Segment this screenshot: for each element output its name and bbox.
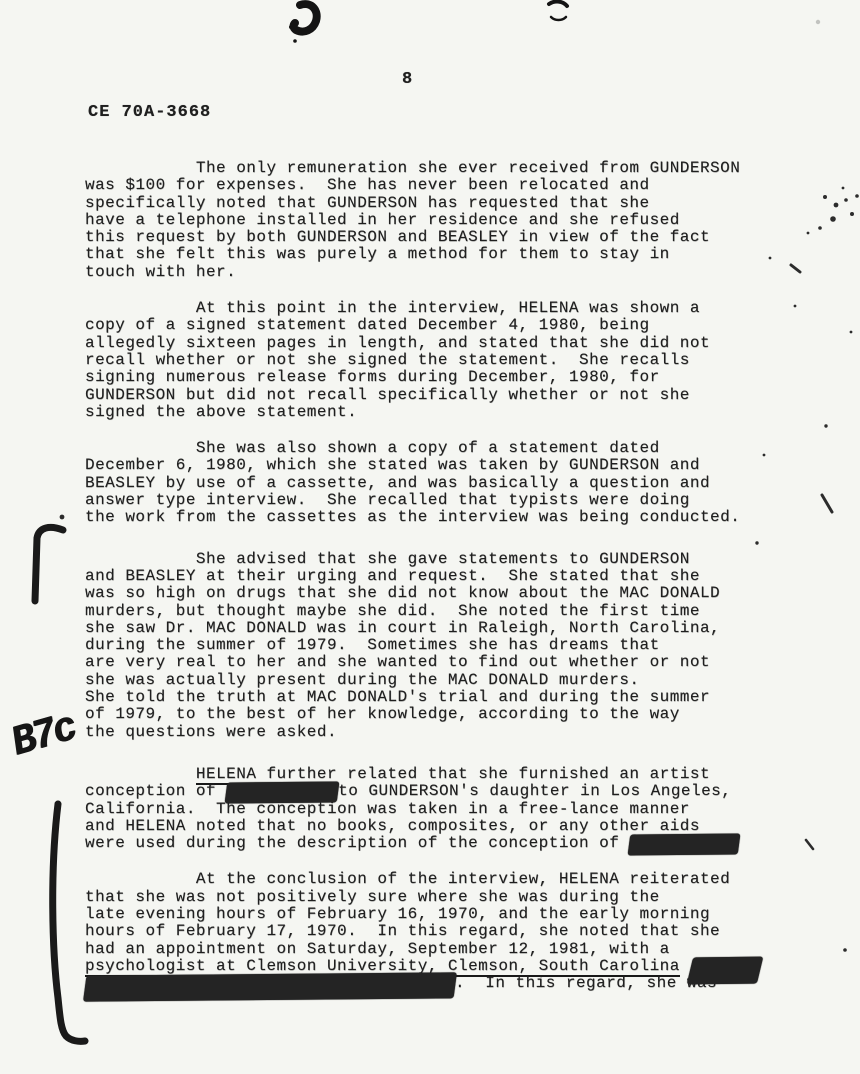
typed-text: and HELENA noted that no books, composit… (85, 817, 700, 835)
typed-text: allegedly sixteen pages in length, and s… (85, 334, 710, 352)
text-line: touch with her. (85, 264, 815, 281)
typed-text: to GUNDERSON's daughter in Los Angeles, (338, 782, 731, 800)
paragraph: HELENA further related that she furnishe… (85, 766, 815, 852)
redaction-mark (225, 782, 340, 804)
text-line: She told the truth at MAC DONALD's trial… (85, 689, 815, 706)
typed-text (85, 765, 196, 783)
typed-text: were used during the description of the … (85, 834, 629, 852)
paragraph: She advised that she gave statements to … (85, 551, 815, 741)
page-number: 8 (402, 70, 412, 89)
text-line: during the summer of 1979. Sometimes she… (85, 637, 815, 654)
pen-blob-top-left-mark (289, 4, 317, 43)
typed-text: She was also shown a copy of a statement… (85, 439, 660, 457)
typed-text: answer type interview. She recalled that… (85, 491, 690, 509)
text-line: of 1979, to the best of her knowledge, a… (85, 706, 815, 723)
text-line: she was actually present during the MAC … (85, 672, 815, 689)
typed-text: The only remuneration she ever received … (85, 159, 740, 177)
text-line: HELENA further related that she furnishe… (85, 766, 815, 783)
text-line: the work from the cassettes as the inter… (85, 509, 815, 526)
text-line: BEASLEY by use of a cassette, and was ba… (85, 475, 815, 492)
text-line: allegedly sixteen pages in length, and s… (85, 335, 815, 352)
typed-text: At the conclusion of the interview, HELE… (85, 870, 730, 888)
scanned-document-page: 8 CE 70A-3668 The only remuneration she … (0, 0, 860, 1074)
paragraph: At this point in the interview, HELENA w… (85, 300, 815, 421)
text-line: She was also shown a copy of a statement… (85, 440, 815, 457)
typed-text: conception of (85, 782, 226, 800)
text-line: December 6, 1980, which she stated was t… (85, 457, 815, 474)
text-line: signing numerous release forms during De… (85, 369, 815, 386)
paragraph: She was also shown a copy of a statement… (85, 440, 815, 526)
text-line: The only remuneration she ever received … (85, 160, 815, 177)
text-line: this request by both GUNDERSON and BEASL… (85, 229, 815, 246)
typed-text: copy of a signed statement dated Decembe… (85, 316, 650, 334)
typed-text: signing numerous release forms during De… (85, 368, 660, 386)
typed-text: December 6, 1980, which she stated was t… (85, 456, 700, 474)
paragraph: At the conclusion of the interview, HELE… (85, 871, 815, 992)
paragraph: The only remuneration she ever received … (85, 160, 815, 281)
typed-text: At this point in the interview, HELENA w… (85, 299, 700, 317)
document-body: The only remuneration she ever received … (85, 160, 815, 992)
redaction-mark (628, 834, 741, 856)
text-line: GUNDERSON but did not recall specificall… (85, 387, 815, 404)
text-line: was so high on drugs that she did not kn… (85, 585, 815, 602)
typed-text: signed the above statement. (85, 403, 357, 421)
text-line: had an appointment on Saturday, Septembe… (85, 941, 815, 958)
text-line: specifically noted that GUNDERSON has re… (85, 195, 815, 212)
typed-text: and BEASLEY at their urging and request.… (85, 567, 700, 585)
document-id: CE 70A-3668 (88, 103, 211, 122)
text-line: At this point in the interview, HELENA w… (85, 300, 815, 317)
text-line: she saw Dr. MAC DONALD was in court in R… (85, 620, 815, 637)
text-line: signed the above statement. (85, 404, 815, 421)
typed-text: late evening hours of February 16, 1970,… (85, 905, 710, 923)
text-line: and BEASLEY at their urging and request.… (85, 568, 815, 585)
typed-text: . In this regard, she was (455, 974, 717, 992)
handwritten-b7c-annotation: B7c (10, 704, 77, 769)
typed-text: related that she furnished an artist (337, 765, 710, 783)
typed-text: was so high on drugs that she did not kn… (85, 584, 720, 602)
text-line: the questions were asked. (85, 724, 815, 741)
typed-text: are very real to her and she wanted to f… (85, 653, 710, 671)
margin-bracket-lower-mark (53, 804, 85, 1041)
text-line: answer type interview. She recalled that… (85, 492, 815, 509)
text-line: that she was not positively sure where s… (85, 889, 815, 906)
text-line: California. The conception was taken in … (85, 801, 815, 818)
typed-text: during the summer of 1979. Sometimes she… (85, 636, 660, 654)
text-line: were used during the description of the … (85, 835, 815, 852)
typed-text: GUNDERSON but did not recall specificall… (85, 386, 690, 404)
text-line: was $100 for expenses. She has never bee… (85, 177, 815, 194)
text-line: conception of to GUNDERSON's daughter in… (85, 783, 815, 800)
text-line: murders, but thought maybe she did. She … (85, 603, 815, 620)
pen-hook-top-center-mark (549, 2, 567, 20)
typed-text: that she was not positively sure where s… (85, 888, 660, 906)
typed-text: hours of February 17, 1970. In this rega… (85, 922, 720, 940)
text-line: are very real to her and she wanted to f… (85, 654, 815, 671)
typed-text: she was actually present during the MAC … (85, 671, 640, 689)
typed-text: She told the truth at MAC DONALD's trial… (85, 688, 710, 706)
text-line: that she felt this was purely a method f… (85, 246, 815, 263)
margin-bracket-upper-mark (35, 527, 63, 601)
typed-text: the work from the cassettes as the inter… (85, 508, 740, 526)
typed-text: the questions were asked. (85, 723, 337, 741)
text-line: late evening hours of February 16, 1970,… (85, 906, 815, 923)
typed-text: this request by both GUNDERSON and BEASL… (85, 228, 710, 246)
typed-text: she saw Dr. MAC DONALD was in court in R… (85, 619, 720, 637)
text-line: copy of a signed statement dated Decembe… (85, 317, 815, 334)
typed-text: of 1979, to the best of her knowledge, a… (85, 705, 680, 723)
typed-text: specifically noted that GUNDERSON has re… (85, 194, 650, 212)
text-line: At the conclusion of the interview, HELE… (85, 871, 815, 888)
text-line: She advised that she gave statements to … (85, 551, 815, 568)
typed-text: She advised that she gave statements to … (85, 550, 690, 568)
typed-text: have a telephone installed in her reside… (85, 211, 680, 229)
redaction-mark (83, 973, 457, 1002)
typed-text: California. The conception was taken in … (85, 800, 690, 818)
text-line: hours of February 17, 1970. In this rega… (85, 923, 815, 940)
typed-text: murders, but thought maybe she did. She … (85, 602, 700, 620)
typed-text: was $100 for expenses. She has never bee… (85, 176, 650, 194)
typed-text: touch with her. (85, 263, 236, 281)
redaction-mark (687, 957, 764, 985)
typed-text: BEASLEY by use of a cassette, and was ba… (85, 474, 710, 492)
text-line: have a telephone installed in her reside… (85, 212, 815, 229)
text-line: recall whether or not she signed the sta… (85, 352, 815, 369)
text-line: and HELENA noted that no books, composit… (85, 818, 815, 835)
typed-text: had an appointment on Saturday, Septembe… (85, 940, 670, 958)
typed-text: recall whether or not she signed the sta… (85, 351, 690, 369)
typed-text: that she felt this was purely a method f… (85, 245, 670, 263)
